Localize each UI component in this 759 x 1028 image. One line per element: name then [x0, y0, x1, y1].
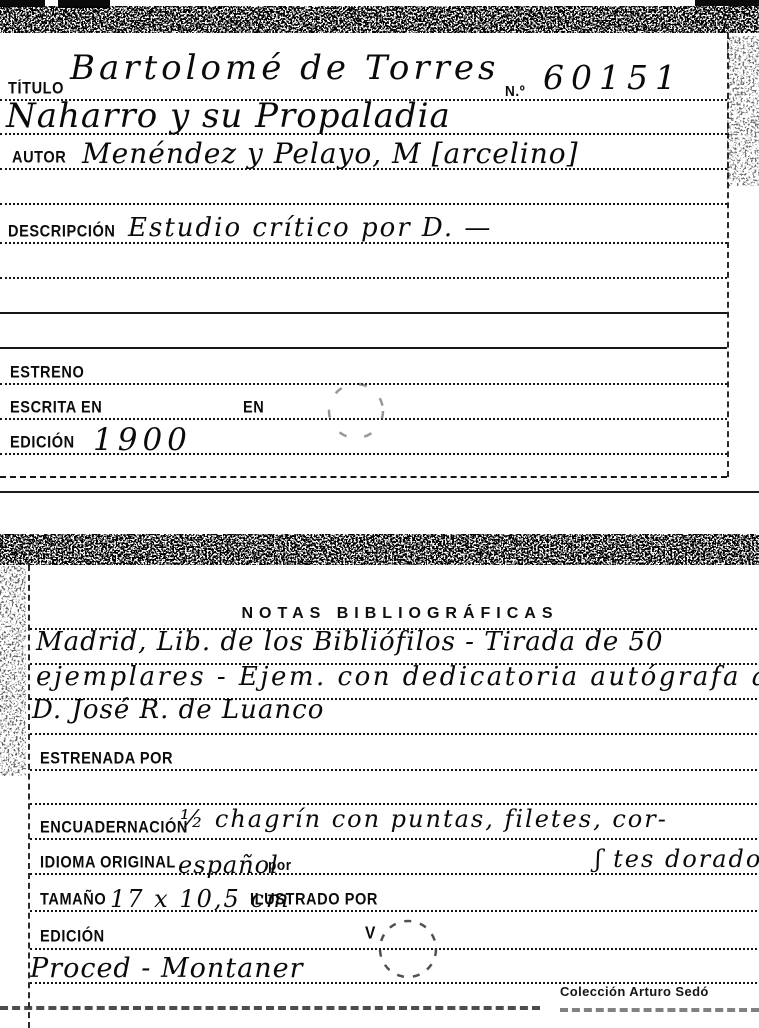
ruled-line	[30, 733, 759, 735]
encuadernacion-value: ½ chagrín con puntas, filetes, cor-	[180, 807, 668, 831]
estrenada-por-label: ESTRENADA POR	[40, 750, 173, 768]
autor-label: AUTOR	[12, 149, 66, 167]
encuadernacion-continuation: ʃ tes dorados	[595, 847, 759, 871]
ruled-line	[0, 203, 727, 205]
catalog-card-back: NOTAS BIBLIOGRÁFICAS Madrid, Lib. de los…	[28, 565, 759, 1028]
edicion-label-back: EDICIÓN	[40, 928, 105, 946]
descripcion-label: DESCRIPCIÓN	[8, 223, 115, 241]
notas-line-1: Madrid, Lib. de los Bibliófilos - Tirada…	[36, 629, 664, 655]
notas-bibliograficas-header: NOTAS BIBLIOGRÁFICAS	[235, 605, 565, 623]
scanned-catalog-card-page: TÍTULO N.º AUTOR DESCRIPCIÓN ESTRENO ESC…	[0, 0, 759, 1028]
scan-separator-line	[0, 491, 759, 493]
collection-stamp: Colección Arturo Sedó	[560, 984, 709, 999]
hole-punch-mark	[326, 381, 386, 441]
scan-noise-right-strip	[727, 36, 759, 186]
idioma-original-value: español	[178, 853, 279, 877]
estreno-label: ESTRENO	[10, 364, 84, 382]
descripcion-value: Estudio crítico por D. —	[128, 215, 492, 241]
procedencia-value: Proced - Montaner	[30, 955, 304, 982]
idioma-original-label: IDIOMA ORIGINAL	[40, 854, 176, 872]
scan-noise-band-middle	[0, 534, 759, 565]
card-bottom-edge	[0, 476, 727, 478]
ruled-line	[0, 347, 727, 349]
numero-label: N.º	[505, 82, 525, 99]
hole-punch-mark	[377, 918, 439, 980]
continuation-text: tes dorados	[613, 845, 759, 873]
autor-value: Menéndez y Pelayo, M [arcelino]	[82, 140, 579, 168]
titulo-value-line1: Bartolomé de Torres	[70, 51, 499, 85]
ruled-line	[0, 277, 727, 279]
scan-edge-dashes	[0, 1006, 540, 1010]
ruled-line	[30, 873, 759, 875]
titulo-value-line2: Naharro y su Propaladia	[6, 99, 451, 133]
ruled-line	[30, 838, 759, 840]
notas-line-2: ejemplares - Ejem. con dedicatoria autóg…	[36, 664, 759, 690]
scan-noise-left-strip	[0, 566, 26, 776]
edicion-value: 1900	[93, 425, 192, 456]
numero-value: 60151	[543, 61, 683, 94]
v-mark: V	[365, 925, 376, 944]
en-label: EN	[243, 399, 264, 417]
encuadernacion-label: ENCUADERNACIÓN	[40, 819, 188, 837]
tamano-value: 17 x 10,5 cm	[110, 887, 291, 911]
continuation-mark: ʃ	[595, 845, 604, 873]
edicion-label: EDICIÓN	[10, 434, 75, 452]
ruled-line	[0, 312, 727, 314]
catalog-card-front: TÍTULO N.º AUTOR DESCRIPCIÓN ESTRENO ESC…	[0, 33, 729, 477]
scan-noise-band-top	[0, 6, 759, 33]
escrita-en-label: ESCRITA EN	[10, 399, 102, 417]
ruled-line	[30, 769, 759, 771]
scan-edge-dashes	[560, 1008, 759, 1012]
notas-line-3: D. José R. de Luanco	[32, 697, 324, 723]
tamano-label: TAMAÑO	[40, 891, 106, 909]
